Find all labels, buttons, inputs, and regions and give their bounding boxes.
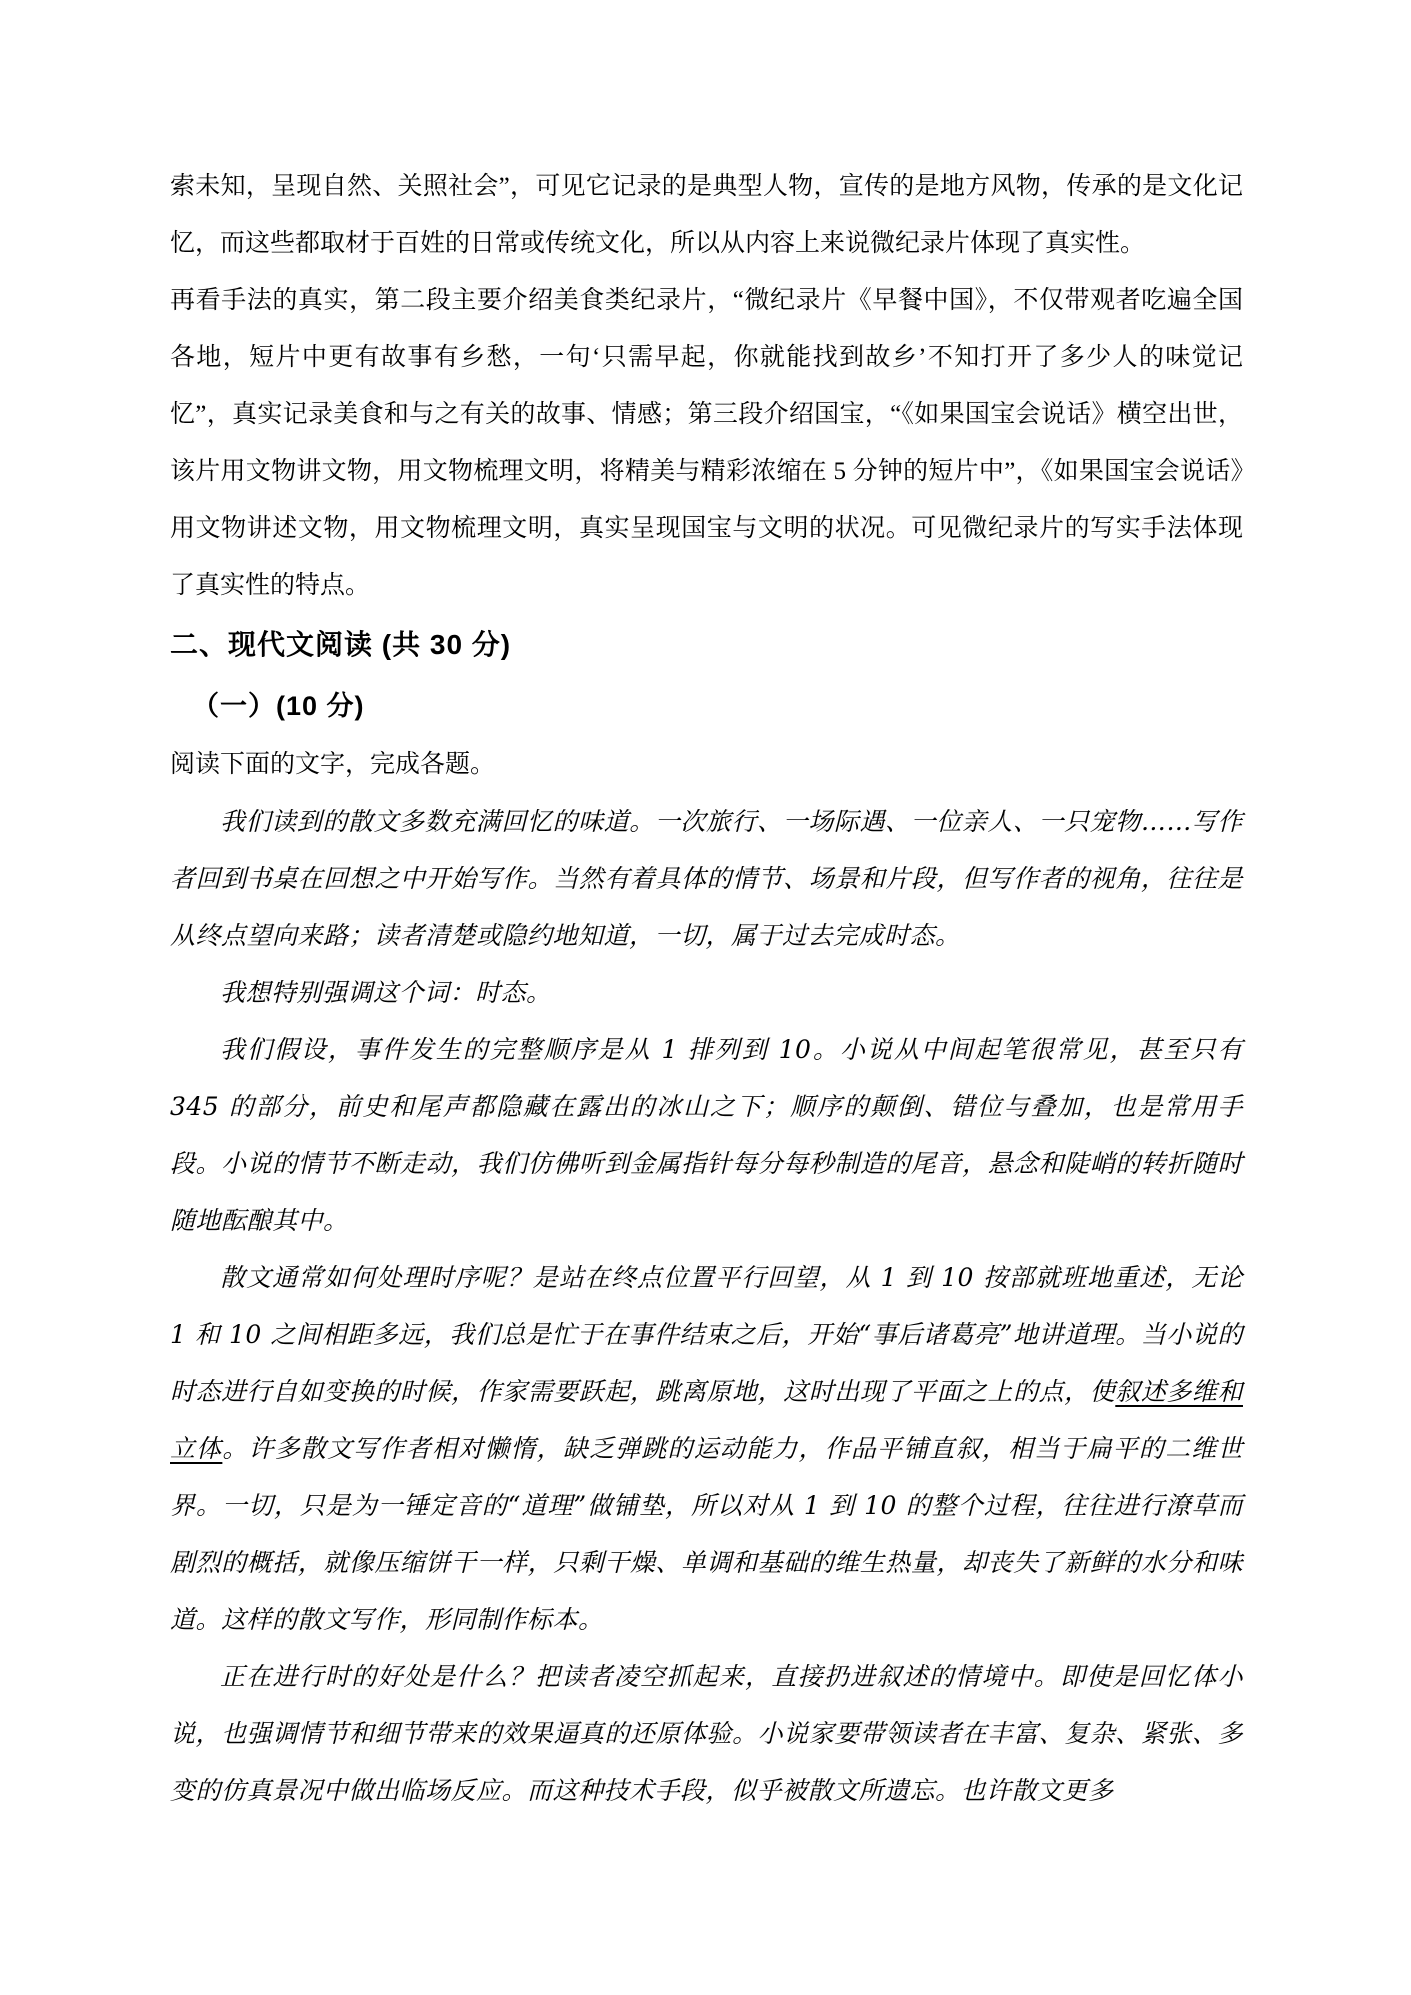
passage-p4-text-before: 散文通常如何处理时序呢？是站在终点位置平行回望，从 1 到 10 按部就班地重述… [170,1263,1243,1406]
passage-paragraph-2: 我想特别强调这个词：时态。 [170,964,1243,1021]
section-heading: 二、现代文阅读 (共 30 分) [170,614,1243,676]
passage-paragraph-3: 我们假设，事件发生的完整顺序是从 1 排列到 10。小说从中间起笔很常见，甚至只… [170,1021,1243,1249]
passage-paragraph-1: 我们读到的散文多数充满回忆的味道。一次旅行、一场际遇、一位亲人、一只宠物……写作… [170,793,1243,964]
passage-paragraph-4: 散文通常如何处理时序呢？是站在终点位置平行回望，从 1 到 10 按部就班地重述… [170,1249,1243,1648]
passage-p4-text-after: 。许多散文写作者相对懒惰，缺乏弹跳的运动能力，作品平铺直叙，相当于扁平的二维世界… [170,1434,1243,1634]
subsection-heading: （一）(10 分) [170,676,1243,736]
document-page: 索未知，呈现自然、关照社会”，可见它记录的是典型人物，宣传的是地方风物，传承的是… [0,0,1411,1995]
reading-instruction: 阅读下面的文字，完成各题。 [170,736,1243,793]
answer-paragraph-technique: 再看手法的真实，第二段主要介绍美食类纪录片，“微纪录片《早餐中国》，不仅带观者吃… [170,272,1243,614]
passage-paragraph-5: 正在进行时的好处是什么？把读者凌空抓起来，直接扔进叙述的情境中。即使是回忆体小说… [170,1648,1243,1819]
answer-paragraph-continuation: 索未知，呈现自然、关照社会”，可见它记录的是典型人物，宣传的是地方风物，传承的是… [170,158,1243,272]
